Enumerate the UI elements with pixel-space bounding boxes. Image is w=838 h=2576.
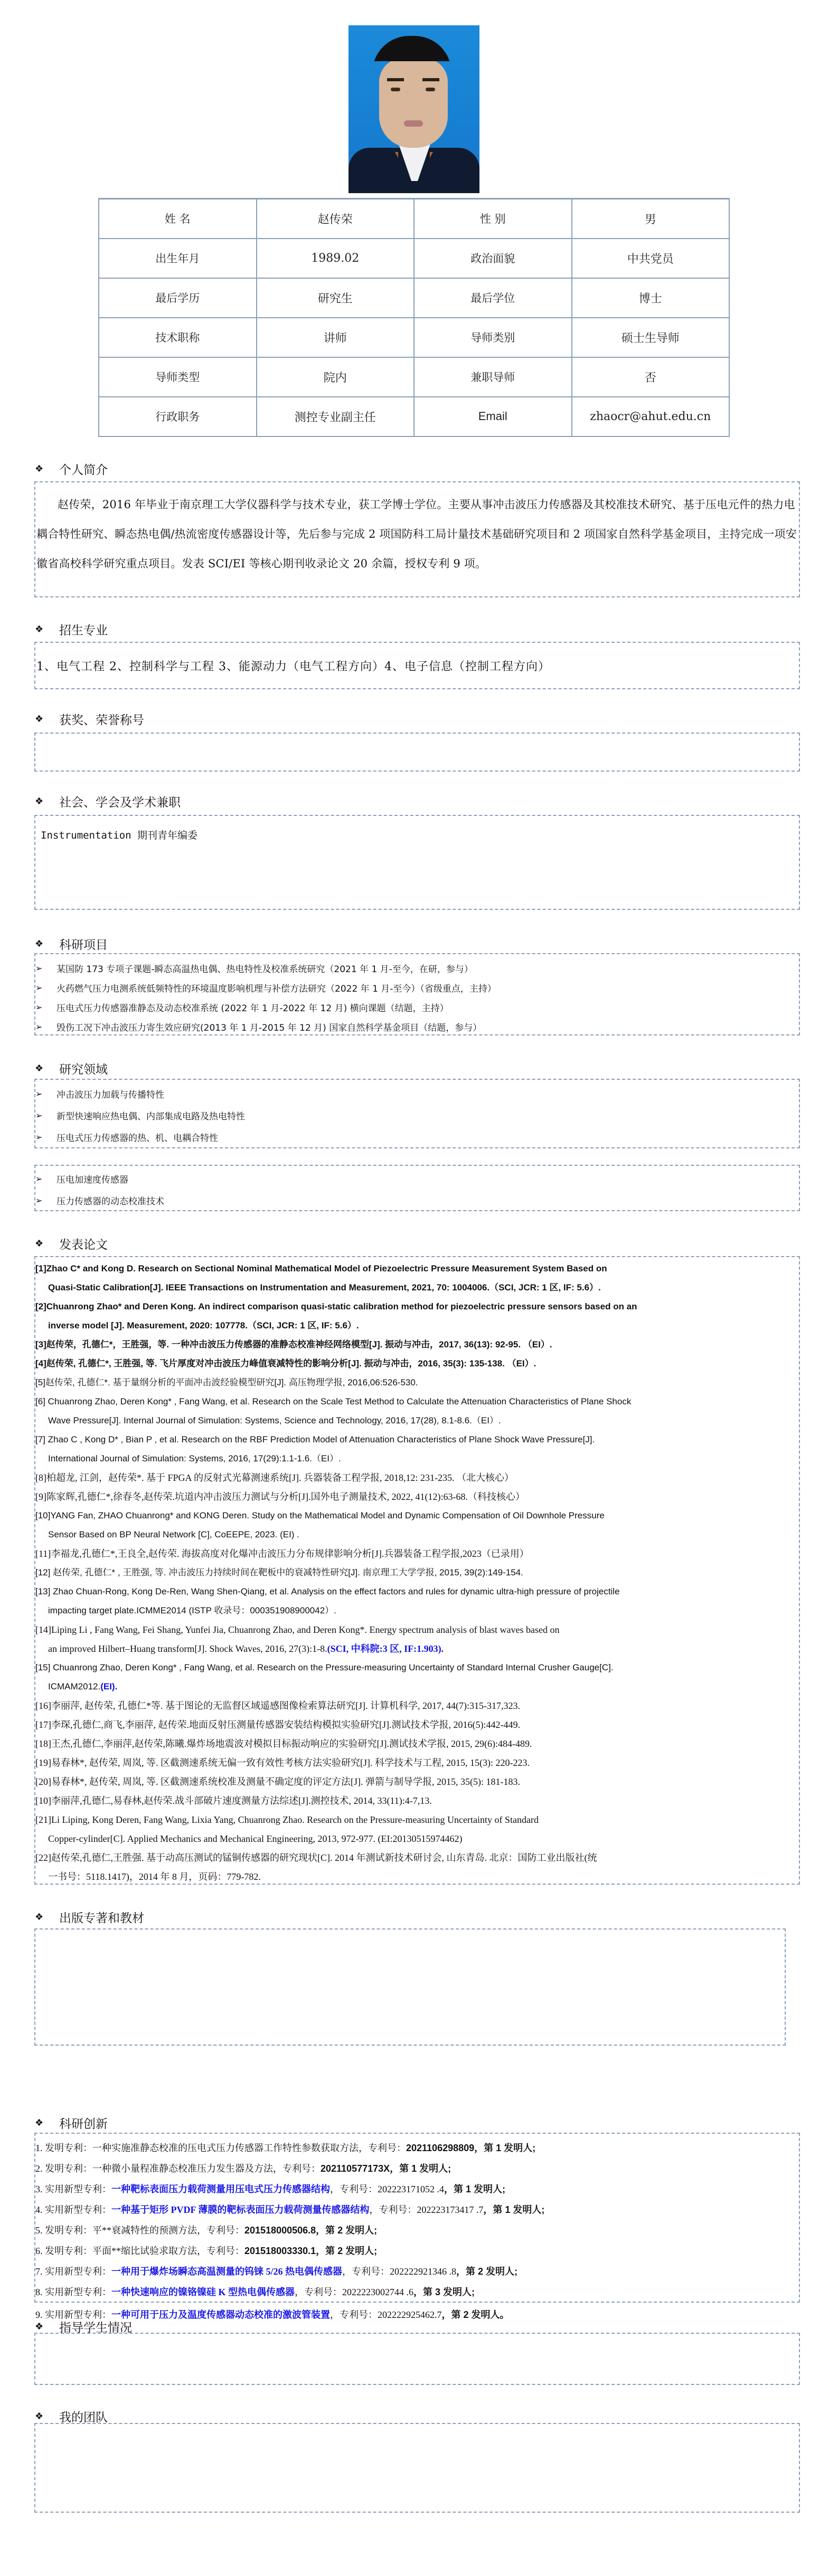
paper-item: [22]赵传荣,孔德仁,王胜强. 基于动高压测试的锰铜传感器的研究现状[C]. … xyxy=(35,1848,799,1886)
arrow-bullet-icon: ➢ xyxy=(35,1195,45,1205)
section-title-awards: ❖ 获奖、荣誉称号 xyxy=(35,710,144,728)
paper-line: [17]李琛,孔德仁,商飞,李丽萍, 赵传荣.地面反射压测量传感器安装结构模拟实… xyxy=(35,1715,799,1734)
info-row: 行政职务 测控专业副主任 Email zhaocr@ahut.edu.cn xyxy=(99,397,729,436)
info-row: 出生年月 1989.02 政治面貌 中共党员 xyxy=(99,239,729,278)
patent-role: ，第 2 发明人; xyxy=(316,2246,377,2256)
value-email[interactable]: zhaocr@ahut.edu.cn xyxy=(572,397,730,436)
awards-box xyxy=(34,733,800,772)
patent-item: 3. 实用新型专利：一种靶标表面压力载荷测量用压电式压力传感器结构，专利号：20… xyxy=(35,2179,799,2200)
arrow-bullet-icon: ➢ xyxy=(35,1110,45,1120)
value-title: 讲师 xyxy=(257,318,415,357)
patent-number: 201518003330.1 xyxy=(244,2246,316,2256)
paper-item: [6] Chuanrong Zhao, Deren Kong* , Fang W… xyxy=(35,1392,799,1430)
label-admin-post: 行政职务 xyxy=(99,397,257,436)
field-item: ➢压电加速度传感器 xyxy=(35,1168,799,1190)
section-heading: 研究领域 xyxy=(59,1060,108,1077)
paper-line: an improved Hilbert–Huang transform[J]. … xyxy=(48,1643,327,1654)
patent-type: 2. 发明专利： xyxy=(35,2163,92,2174)
team-box xyxy=(34,2423,800,2513)
patent-role: ，第 3 发明人; xyxy=(413,2287,475,2297)
majors-text: 1、电气工程 2、控制科学与工程 3、能源动力（电气工程方向）4、电子信息（控制… xyxy=(35,643,799,689)
label-title: 技术职称 xyxy=(99,318,257,357)
label-political: 政治面貌 xyxy=(414,239,572,278)
paper-item: [7] Zhao C , Kong D* , Bian P , et al. R… xyxy=(35,1430,799,1468)
section-title-bio: ❖ 个人简介 xyxy=(35,460,108,478)
label-email: Email xyxy=(414,397,572,436)
paper-line: inverse model [J]. Measurement, 2020: 10… xyxy=(35,1316,799,1335)
patent-role: ，第 1 发明人; xyxy=(483,2204,544,2215)
label-part-time: 兼职导师 xyxy=(414,357,572,397)
paper-line: [3]赵传荣，孔德仁*，王胜强，等. 一种冲击波压力传感器的准静态校准神经网络模… xyxy=(35,1335,799,1354)
paper-line: [19]易春林*, 赵传荣, 周岚, 等. 区截测速系统无偏一致有效性考核方法实… xyxy=(35,1753,799,1772)
paper-item: [10]李丽萍,孔德仁,易春林,赵传荣.战斗部破片速度测量方法综述[J].测控技… xyxy=(35,1791,799,1810)
patent-number: 202222921346 .8 xyxy=(390,2266,456,2277)
patent-type: 1. 发明专利： xyxy=(35,2143,92,2153)
projects-box: ➢某国防 173 专项子课题-瞬态高温热电偶、热电特性及校准系统研究（2021 … xyxy=(34,953,800,1035)
patent-number: 2021106298809 xyxy=(406,2143,474,2153)
value-political: 中共党员 xyxy=(572,239,730,278)
paper-line: [18]王杰,孔德仁,李丽萍,赵传荣,陈曦.爆炸场地震波对模拟目标振动响应的实验… xyxy=(35,1734,799,1753)
field-item: ➢压电式压力传感器的热、机、电耦合特性 xyxy=(35,1126,799,1148)
paper-line: [2]Chuanrong Zhao* and Deren Kong. An in… xyxy=(35,1297,799,1316)
value-admin-post: 测控专业副主任 xyxy=(257,397,415,436)
patent-label: ，专利号： xyxy=(359,2143,406,2153)
patents-box: 1. 发明专利：一种实施准静态校准的压电式压力传感器工作特性参数获取方法，专利号… xyxy=(34,2133,800,2303)
patent-item: 2. 发明专利：一种微小量程准静态校准压力发生器及方法，专利号：20211057… xyxy=(35,2159,799,2179)
patent-label: ，专利号： xyxy=(369,2204,417,2215)
project-text: 毁伤工况下冲击波压力寄生效应研究(2013 年 1 月-2015 年 12 月)… xyxy=(57,1020,482,1033)
field-text: 压电加速度传感器 xyxy=(57,1172,128,1185)
patent-name: 一种靶标表面压力载荷测量用压电式压力传感器结构 xyxy=(111,2184,330,2194)
patent-name: 一种可用于压力及温度传感器动态校准的激波管装置 xyxy=(111,2309,330,2320)
patent-item: 5. 发明专利：平**衰减特性的预测方法，专利号：201518000506.8，… xyxy=(35,2220,799,2241)
section-heading: 科研创新 xyxy=(59,2114,108,2132)
paper-line: [20]易春林*, 赵传荣, 周岚, 等. 区截测速系统校准及测量不确定度的评定… xyxy=(35,1772,799,1791)
paper-item: [15] Chuanrong Zhao, Deren Kong* , Fang … xyxy=(35,1658,799,1696)
section-heading: 个人简介 xyxy=(59,460,108,478)
paper-item: [10]YANG Fan, ZHAO Chuanrong* and KONG D… xyxy=(35,1506,799,1544)
paper-item: [17]李琛,孔德仁,商飞,李丽萍, 赵传荣.地面反射压测量传感器安装结构模拟实… xyxy=(35,1715,799,1734)
paper-line: [21]Li Liping, Kong Deren, Fang Wang, Li… xyxy=(35,1810,799,1829)
paper-item: [4]赵传荣, 孔德仁*, 王胜强, 等. 飞片厚度对冲击波压力峰值衰减特性的影… xyxy=(35,1354,799,1373)
diamond-bullet-icon: ❖ xyxy=(35,1912,50,1923)
patent-item: 8. 实用新型专利：一种快速响应的镍铬镍硅 K 型热电偶传感器，专利号：2022… xyxy=(35,2282,799,2303)
paper-item: [13] Zhao Chuan-Rong, Kong De-Ren, Wang … xyxy=(35,1582,799,1620)
majors-box: 1、电气工程 2、控制科学与工程 3、能源动力（电气工程方向）4、电子信息（控制… xyxy=(34,642,800,689)
patent-number: 2022223002744 .6 xyxy=(342,2287,413,2297)
patent-type: 5. 发明专利： xyxy=(35,2225,92,2236)
arrow-bullet-icon: ➢ xyxy=(35,983,45,993)
paper-item: [19]易春林*, 赵传荣, 周岚, 等. 区截测速系统无偏一致有效性考核方法实… xyxy=(35,1753,799,1772)
diamond-bullet-icon: ❖ xyxy=(35,624,50,635)
paper-line: [15] Chuanrong Zhao, Deren Kong* , Fang … xyxy=(35,1658,799,1677)
patent-name: 平面**缩比试验求取方法 xyxy=(92,2246,197,2256)
paper-item: [5]赵传荣, 孔德仁*. 基于量纲分析的平面冲击波经验模型研究[J]. 高压物… xyxy=(35,1373,799,1392)
photo-brow xyxy=(422,78,439,81)
arrow-bullet-icon: ➢ xyxy=(35,1002,45,1012)
info-row: 技术职称 讲师 导师类别 硕士生导师 xyxy=(99,318,729,357)
section-title-papers: ❖ 发表论文 xyxy=(35,1235,108,1252)
diamond-bullet-icon: ❖ xyxy=(35,1238,50,1249)
students-box xyxy=(34,2333,800,2385)
paper-item: [20]易春林*, 赵传荣, 周岚, 等. 区截测速系统校准及测量不确定度的评定… xyxy=(35,1772,799,1791)
label-education: 最后学历 xyxy=(99,278,257,318)
paper-line: [9]陈家辉,孔德仁*,徐春冬,赵传荣.坑道内冲击波压力测试与分析[J].国外电… xyxy=(35,1487,799,1506)
label-birth: 出生年月 xyxy=(99,239,257,278)
patent-label: ，专利号： xyxy=(273,2163,321,2174)
paper-line: [4]赵传荣, 孔德仁*, 王胜强, 等. 飞片厚度对冲击波压力峰值衰减特性的影… xyxy=(35,1354,799,1373)
paper-item: [2]Chuanrong Zhao* and Deren Kong. An in… xyxy=(35,1297,799,1335)
patent-label: ，专利号： xyxy=(330,2309,378,2320)
field-text: 新型快速响应热电偶、内部集成电路及热电特性 xyxy=(57,1109,245,1122)
patent-item: 7. 实用新型专利：一种用于爆炸场瞬态高温测量的钨铼 5/26 热电偶传感器，专… xyxy=(35,2261,799,2282)
paper-line: International Journal of Simulation: Sys… xyxy=(35,1449,799,1468)
section-title-majors: ❖ 招生专业 xyxy=(35,621,108,638)
paper-line: [1]Zhao C* and Kong D. Research on Secti… xyxy=(35,1259,799,1278)
patent-item: 4. 实用新型专利：一种基于矩形 PVDF 薄膜的靶标表面压力载荷测量传感器结构… xyxy=(35,2200,799,2220)
project-text: 火药燃气压力电测系统低频特性的环境温度影响机理与补偿方法研究（2022 年 1 … xyxy=(57,981,496,994)
service-text: Instrumentation 期刊青年编委 xyxy=(35,816,799,853)
patent-name: 平**衰减特性的预测方法 xyxy=(92,2225,197,2236)
arrow-bullet-icon: ➢ xyxy=(35,963,45,973)
diamond-bullet-icon: ❖ xyxy=(35,2411,50,2422)
patent-number: 202110577173X xyxy=(321,2163,390,2174)
section-title-projects: ❖ 科研项目 xyxy=(35,935,108,953)
patent-name: 一种用于爆炸场瞬态高温测量的钨铼 5/26 热电偶传感器 xyxy=(111,2266,342,2277)
paper-line: Wave Pressure[J]. Internal Journal of Si… xyxy=(35,1411,799,1430)
patent-role: ，第 2 发明人。 xyxy=(442,2309,510,2320)
diamond-bullet-icon: ❖ xyxy=(35,463,50,474)
value-birth: 1989.02 xyxy=(257,239,415,278)
patent-role: ，第 1 发明人; xyxy=(444,2184,505,2194)
patent-item: 1. 发明专利：一种实施准静态校准的压电式压力传感器工作特性参数获取方法，专利号… xyxy=(35,2138,799,2159)
arrow-bullet-icon: ➢ xyxy=(35,1089,45,1099)
patent-number: 201518000506.8 xyxy=(244,2225,316,2236)
section-heading: 发表论文 xyxy=(59,1235,108,1252)
paper-line: [7] Zhao C , Kong D* , Bian P , et al. R… xyxy=(35,1430,799,1449)
patent-label: ，专利号： xyxy=(330,2184,378,2194)
section-heading: 出版专著和教材 xyxy=(59,1908,144,1926)
diamond-bullet-icon: ❖ xyxy=(35,2321,50,2332)
photo-eye xyxy=(391,88,400,91)
value-name: 赵传荣 xyxy=(257,199,415,239)
paper-line: [8]柏超龙, 江剑，赵传荣*. 基于 FPGA 的反射式光幕测速系统[J]. … xyxy=(35,1468,799,1487)
diamond-bullet-icon: ❖ xyxy=(35,1063,50,1074)
paper-line: [16]李丽萍, 赵传荣, 孔德仁*等. 基于图论的无监督区域遥感图像检索算法研… xyxy=(35,1696,799,1715)
bio-box: 赵传荣，2016 年毕业于南京理工大学仪器科学与技术专业，获工学博士学位。主要从… xyxy=(34,481,800,597)
patent-number: 202223171052 .4 xyxy=(378,2184,444,2194)
photo-brow xyxy=(387,78,404,81)
field-text: 冲击波压力加载与传播特性 xyxy=(57,1087,164,1100)
index-badge: (SCI, 中科院:3 区, IF:1.903). xyxy=(327,1643,444,1654)
paper-item: [9]陈家辉,孔德仁*,徐春冬,赵传荣.坑道内冲击波压力测试与分析[J].国外电… xyxy=(35,1487,799,1506)
value-part-time: 否 xyxy=(572,357,730,397)
books-box xyxy=(34,1928,786,2046)
paper-item: [12] 赵传荣, 孔德仁* , 王胜强, 等. 冲击波压力持续时间在靶板中的衰… xyxy=(35,1563,799,1582)
section-title-patents: ❖ 科研创新 xyxy=(35,2114,108,2132)
paper-line: [14]Liping Li , Fang Wang, Fei Shang, Yu… xyxy=(35,1620,799,1639)
section-title-fields: ❖ 研究领域 xyxy=(35,1060,108,1077)
paper-line: [12] 赵传荣, 孔德仁* , 王胜强, 等. 冲击波压力持续时间在靶板中的衰… xyxy=(35,1563,799,1582)
section-heading: 获奖、荣誉称号 xyxy=(59,710,144,728)
paper-line: ICMAM2012. xyxy=(48,1681,100,1691)
project-item: ➢火药燃气压力电测系统低频特性的环境温度影响机理与补偿方法研究（2022 年 1… xyxy=(35,978,799,997)
patent-role: ，第 1 发明人; xyxy=(390,2163,451,2174)
patent-label: ，专利号： xyxy=(295,2287,342,2297)
patent-type: 3. 实用新型专利： xyxy=(35,2184,111,2194)
value-supervisor-category: 硕士生导师 xyxy=(572,318,730,357)
paper-line: 一书号：5118.1417)，2014 年 8 月，页码：779-782. xyxy=(35,1867,799,1886)
arrow-bullet-icon: ➢ xyxy=(35,1174,45,1184)
papers-box: [1]Zhao C* and Kong D. Research on Secti… xyxy=(34,1256,800,1885)
value-education: 研究生 xyxy=(257,278,415,318)
patent-number: 202223173417 .7 xyxy=(417,2204,483,2215)
paper-line: [22]赵传荣,孔德仁,王胜强. 基于动高压测试的锰铜传感器的研究现状[C]. … xyxy=(35,1848,799,1867)
paper-item: [8]柏超龙, 江剑，赵传荣*. 基于 FPGA 的反射式光幕测速系统[J]. … xyxy=(35,1468,799,1487)
field-text: 压电式压力传感器的热、机、电耦合特性 xyxy=(57,1130,218,1144)
patent-name: 一种基于矩形 PVDF 薄膜的靶标表面压力载荷测量传感器结构 xyxy=(111,2204,369,2215)
photo-eye xyxy=(426,88,435,91)
info-row: 最后学历 研究生 最后学位 博士 xyxy=(99,278,729,318)
arrow-bullet-icon: ➢ xyxy=(35,1132,45,1142)
patent-type: 8. 实用新型专利： xyxy=(35,2287,111,2297)
label-gender: 性 别 xyxy=(414,199,572,239)
info-table: 姓 名 赵传荣 性 别 男 出生年月 1989.02 政治面貌 中共党员 最后学… xyxy=(98,198,730,437)
patent-item: 9. 实用新型专利：一种可用于压力及温度传感器动态校准的激波管装置，专利号：20… xyxy=(35,2305,799,2325)
photo-face xyxy=(379,58,448,148)
paper-line: [5]赵传荣, 孔德仁*. 基于量纲分析的平面冲击波经验模型研究[J]. 高压物… xyxy=(35,1373,799,1392)
fields-box-2: ➢压电加速度传感器 ➢压力传感器的动态校准技术 xyxy=(34,1165,800,1211)
patent-name: 一种微小量程准静态校准压力发生器及方法 xyxy=(92,2163,273,2174)
paper-line: impacting target plate.ICMME2014 (ISTP 收… xyxy=(35,1601,799,1620)
value-degree: 博士 xyxy=(572,278,730,318)
label-degree: 最后学位 xyxy=(414,278,572,318)
value-gender: 男 xyxy=(572,199,730,239)
section-title-books: ❖ 出版专著和教材 xyxy=(35,1908,144,1926)
field-item: ➢新型快速响应热电偶、内部集成电路及热电特性 xyxy=(35,1105,799,1126)
patent-label: ，专利号： xyxy=(197,2225,244,2236)
value-supervisor-type: 院内 xyxy=(257,357,415,397)
patent-type: 6. 发明专利： xyxy=(35,2246,92,2256)
paper-item: [1]Zhao C* and Kong D. Research on Secti… xyxy=(35,1259,799,1297)
diamond-bullet-icon: ❖ xyxy=(35,714,50,725)
field-text: 压力传感器的动态校准技术 xyxy=(57,1194,164,1207)
label-supervisor-category: 导师类别 xyxy=(414,318,572,357)
patent-type: 7. 实用新型专利： xyxy=(35,2266,111,2277)
paper-item: [21]Li Liping, Kong Deren, Fang Wang, Li… xyxy=(35,1810,799,1848)
patent-role: ，第 2 发明人; xyxy=(456,2266,517,2277)
field-item: ➢冲击波压力加载与传播特性 xyxy=(35,1083,799,1105)
section-title-service: ❖ 社会、学会及学术兼职 xyxy=(35,793,181,810)
diamond-bullet-icon: ❖ xyxy=(35,2117,50,2128)
patent-name: 一种实施准静态校准的压电式压力传感器工作特性参数获取方法 xyxy=(92,2143,359,2153)
diamond-bullet-icon: ❖ xyxy=(35,796,50,807)
patent-role: ，第 2 发明人; xyxy=(316,2225,377,2236)
patent-name: 一种快速响应的镍铬镍硅 K 型热电偶传感器 xyxy=(111,2287,295,2297)
patent-label: ，专利号： xyxy=(197,2246,244,2256)
info-row: 导师类型 院内 兼职导师 否 xyxy=(99,357,729,397)
paper-item: [18]王杰,孔德仁,李丽萍,赵传荣,陈曦.爆炸场地震波对模拟目标振动响应的实验… xyxy=(35,1734,799,1753)
index-badge: (EI). xyxy=(100,1681,117,1691)
project-text: 某国防 173 专项子课题-瞬态高温热电偶、热电特性及校准系统研究（2021 年… xyxy=(57,962,473,975)
paper-item: [14]Liping Li , Fang Wang, Fei Shang, Yu… xyxy=(35,1620,799,1658)
diamond-bullet-icon: ❖ xyxy=(35,938,50,949)
patent-item: 6. 发明专利：平面**缩比试验求取方法，专利号：201518003330.1，… xyxy=(35,2241,799,2261)
section-heading: 科研项目 xyxy=(59,935,108,953)
label-supervisor-type: 导师类型 xyxy=(99,357,257,397)
project-item: ➢某国防 173 专项子课题-瞬态高温热电偶、热电特性及校准系统研究（2021 … xyxy=(35,958,799,978)
patent-label: ，专利号： xyxy=(342,2266,390,2277)
paper-line: Sensor Based on BP Neural Network [C], C… xyxy=(35,1525,799,1544)
paper-item: [16]李丽萍, 赵传荣, 孔德仁*等. 基于图论的无监督区域遥感图像检索算法研… xyxy=(35,1696,799,1715)
paper-line: [13] Zhao Chuan-Rong, Kong De-Ren, Wang … xyxy=(35,1582,799,1601)
paper-line: [11]李福龙,孔德仁*,王良全,赵传荣. 海拔高度对化爆冲击波压力分布规律影响… xyxy=(35,1544,799,1563)
info-row: 姓 名 赵传荣 性 别 男 xyxy=(99,199,729,239)
section-heading: 社会、学会及学术兼职 xyxy=(59,793,181,810)
paper-item: [3]赵传荣，孔德仁*，王胜强，等. 一种冲击波压力传感器的准静态校准神经网络模… xyxy=(35,1335,799,1354)
paper-line: [10]YANG Fan, ZHAO Chuanrong* and KONG D… xyxy=(35,1506,799,1525)
bio-text: 赵传荣，2016 年毕业于南京理工大学仪器科学与技术专业，获工学博士学位。主要从… xyxy=(35,482,799,578)
fields-box-1: ➢冲击波压力加载与传播特性 ➢新型快速响应热电偶、内部集成电路及热电特性 ➢压电… xyxy=(34,1079,800,1148)
paper-line: Copper-cylinder[C]. Applied Mechanics an… xyxy=(35,1829,799,1848)
arrow-bullet-icon: ➢ xyxy=(35,1022,45,1032)
project-item: ➢毁伤工况下冲击波压力寄生效应研究(2013 年 1 月-2015 年 12 月… xyxy=(35,1017,799,1037)
paper-line: [6] Chuanrong Zhao, Deren Kong* , Fang W… xyxy=(35,1392,799,1411)
paper-item: [11]李福龙,孔德仁*,王良全,赵传荣. 海拔高度对化爆冲击波压力分布规律影响… xyxy=(35,1544,799,1563)
photo-mouth xyxy=(404,120,423,127)
label-name: 姓 名 xyxy=(99,199,257,239)
patent-number: 202222925462.7 xyxy=(378,2309,442,2320)
patent-type: 4. 实用新型专利： xyxy=(35,2204,111,2215)
profile-photo xyxy=(349,25,479,193)
patent-role: ，第 1 发明人; xyxy=(474,2143,535,2153)
service-box: Instrumentation 期刊青年编委 xyxy=(34,815,800,910)
paper-line: [10]李丽萍,孔德仁,易春林,赵传荣.战斗部破片速度测量方法综述[J].测控技… xyxy=(35,1791,799,1810)
section-heading: 招生专业 xyxy=(59,621,108,638)
project-text: 压电式压力传感器准静态及动态校准系统 (2022 年 1 月-2022 年 12… xyxy=(57,1001,449,1014)
project-item: ➢压电式压力传感器准静态及动态校准系统 (2022 年 1 月-2022 年 1… xyxy=(35,997,799,1017)
field-item: ➢压力传感器的动态校准技术 xyxy=(35,1190,799,1211)
paper-line: Quasi-Static Calibration[J]. IEEE Transa… xyxy=(35,1278,799,1297)
